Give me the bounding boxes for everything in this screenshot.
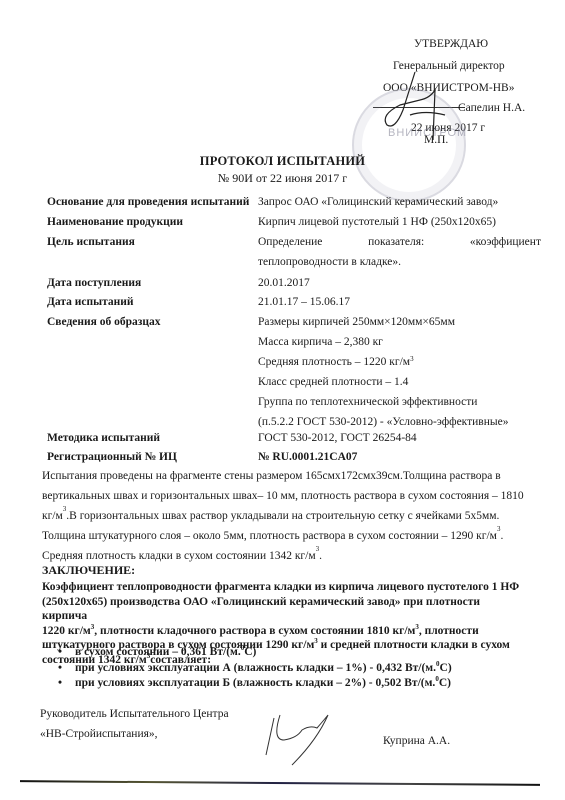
- field-value: 21.01.17 – 15.06.17: [258, 296, 350, 308]
- signer-organization: «НВ-Стройиспытания»,: [40, 728, 158, 740]
- description-line: кг/м3.В горизонтальных швах раствор укла…: [42, 506, 542, 526]
- field-label: Сведения об образцах: [47, 316, 161, 328]
- field-value: Кирпич лицевой пустотелый 1 НФ (250х120х…: [258, 216, 496, 228]
- field-label: Методика испытаний: [47, 432, 160, 444]
- field-value: № RU.0001.21CA07: [258, 451, 357, 463]
- description-line: вертикальных швах и горизонтальных швах–…: [42, 486, 542, 506]
- field-value-line2: теплопроводности в кладке».: [258, 256, 401, 268]
- sample-size: Размеры кирпичей 250мм×120мм×65мм: [258, 316, 455, 328]
- field-label: Основание для проведения испытаний: [47, 196, 249, 208]
- results-list: в сухом состоянии – 0,361 Вт/(м.0С) при …: [58, 645, 452, 692]
- result-condition-a: при условиях эксплуатации А (влажность к…: [58, 661, 452, 677]
- conclusion-heading: ЗАКЛЮЧЕНИЕ:: [42, 563, 135, 578]
- conclusion-line: (250х120х65) производства ОАО «Голицинск…: [42, 595, 522, 624]
- signer-name: Куприна А.А.: [383, 735, 450, 747]
- field-value: 20.01.2017: [258, 277, 310, 289]
- description-line: Толщина штукатурного слоя – около 5мм, п…: [42, 526, 542, 546]
- value-word: «коэффициент: [470, 236, 541, 248]
- test-description: Испытания проведены на фрагменте стены р…: [42, 466, 542, 566]
- protocol-number: № 90И от 22 июня 2017 г: [0, 171, 565, 186]
- conclusion-line: Коэффициент теплопроводности фрагмента к…: [42, 580, 522, 595]
- sample-density-class: Класс средней плотности – 1.4: [258, 376, 408, 388]
- sample-efficiency-value: (п.5.2.2 ГОСТ 530-2012) - «Условно-эффек…: [258, 416, 508, 428]
- result-condition-b: при условиях эксплуатации Б (влажность к…: [58, 676, 452, 692]
- field-label: Наименование продукции: [47, 216, 183, 228]
- sample-density: Средняя плотность – 1220 кг/м3: [258, 356, 414, 368]
- value-word: показателя:: [368, 236, 424, 248]
- bottom-rule: [20, 780, 540, 786]
- sample-mass: Масса кирпича – 2,380 кг: [258, 336, 383, 348]
- approval-signatory: Сапелин Н.А.: [458, 102, 525, 114]
- field-label: Дата испытаний: [47, 296, 134, 308]
- result-dry: в сухом состоянии – 0,361 Вт/(м.0С): [58, 645, 452, 661]
- director-signature-icon: [375, 70, 455, 145]
- field-label: Регистрационный № ИЦ: [47, 451, 177, 463]
- signer-position: Руководитель Испытательного Центра: [40, 708, 229, 720]
- field-value: Определение показателя: «коэффициент: [258, 236, 541, 248]
- approval-heading: УТВЕРЖДАЮ: [414, 38, 488, 50]
- value-word: Определение: [258, 236, 322, 248]
- description-line: Испытания проведены на фрагменте стены р…: [42, 466, 542, 486]
- field-value: Запрос ОАО «Голицинский керамический зав…: [258, 196, 498, 208]
- field-label: Цель испытания: [47, 236, 135, 248]
- head-signature-icon: [262, 710, 332, 770]
- protocol-heading: ПРОТОКОЛ ИСПЫТАНИЙ: [0, 154, 565, 169]
- field-label: Дата поступления: [47, 277, 141, 289]
- sample-efficiency-group: Группа по теплотехнической эффективности: [258, 396, 477, 408]
- conclusion-line: 1220 кг/м3, плотности кладочного раствор…: [42, 624, 522, 639]
- field-value: ГОСТ 530-2012, ГОСТ 26254-84: [258, 432, 417, 444]
